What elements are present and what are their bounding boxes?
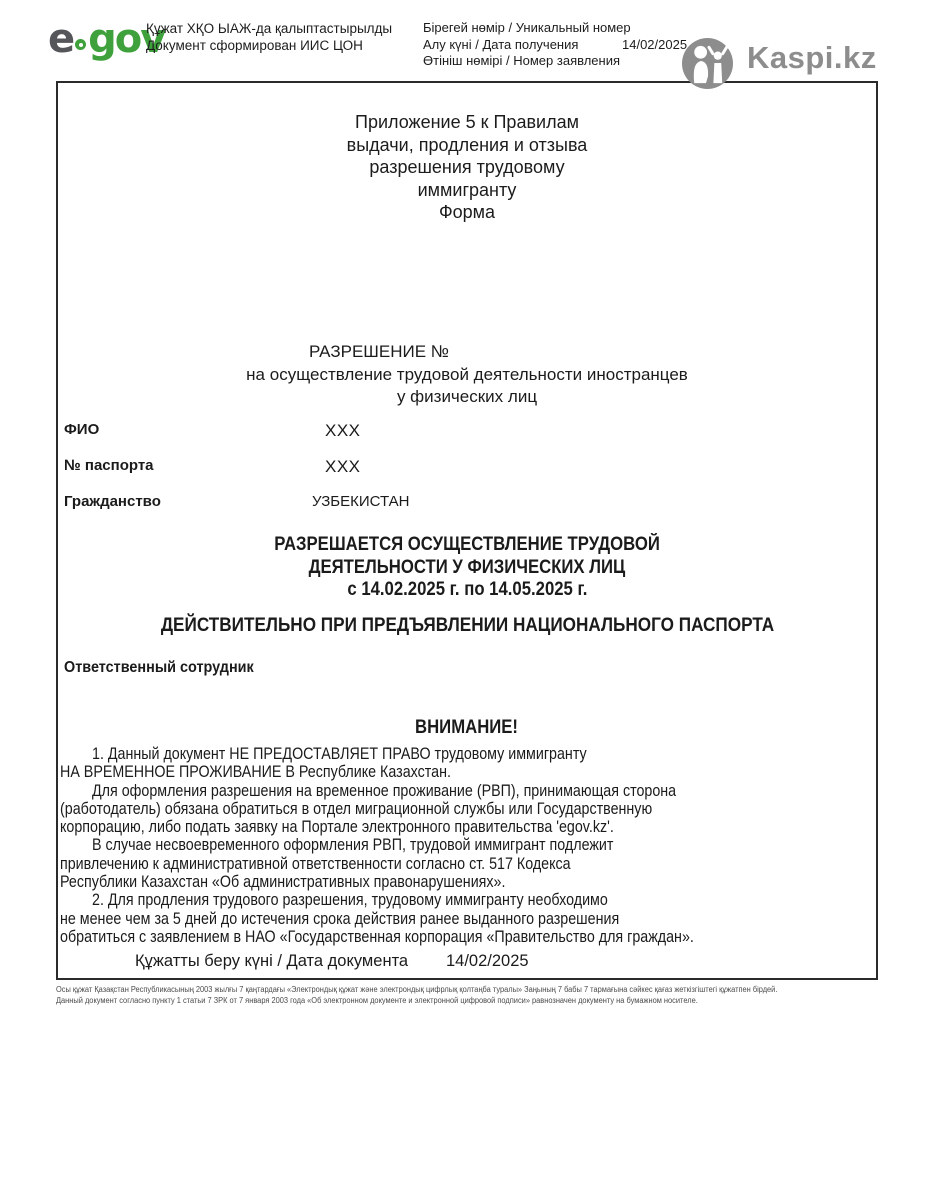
attention-line: 1. Данный документ НЕ ПРЕДОСТАВЛЯЕТ ПРАВ…	[60, 745, 878, 763]
permission-line: РАЗРЕШАЕТСЯ ОСУЩЕСТВЛЕНИЕ ТРУДОВОЙ	[274, 534, 660, 557]
header-origin-line-ru: Документ сформирован ИИС ЦОН	[146, 38, 392, 55]
header-meta-labels: Бірегей нөмір / Уникальный номер Алу күн…	[423, 20, 631, 70]
attention-heading: ВНИМАНИЕ!	[58, 717, 876, 739]
permit-subtitle-line: у физических лиц	[58, 386, 876, 409]
attention-paragraphs: 1. Данный документ НЕ ПРЕДОСТАВЛЯЕТ ПРАВ…	[60, 745, 878, 946]
application-number-label: Өтініш нөмірі / Номер заявления	[423, 53, 631, 70]
attention-line: не менее чем за 5 дней до истечения срок…	[60, 910, 878, 928]
receive-date-label: Алу күні / Дата получения	[423, 37, 631, 54]
appendix-line: Приложение 5 к Правилам	[58, 111, 876, 134]
legal-fine-print: Осы құжат Қазақстан Республикасының 2003…	[56, 984, 832, 1006]
issue-date-label: Құжатты беру күні / Дата документа	[135, 952, 408, 971]
appendix-line: выдачи, продления и отзыва	[58, 134, 876, 157]
permit-number-title: РАЗРЕШЕНИЕ №	[309, 342, 449, 361]
citizenship-value: УЗБЕКИСТАН	[312, 493, 409, 510]
appendix-line: иммигранту	[58, 179, 876, 202]
egov-logo-e: e	[48, 16, 73, 62]
attention-line: (работодатель) обязана обратиться в отде…	[60, 800, 878, 818]
kaspi-logo-icon	[682, 38, 733, 89]
permit-document-box: Приложение 5 к Правилам выдачи, продлени…	[56, 81, 878, 980]
fio-label: ФИО	[64, 421, 99, 438]
fio-value: XXX	[325, 421, 361, 441]
appendix-line: Форма	[58, 201, 876, 224]
permit-title-block: РАЗРЕШЕНИЕ № на осуществление трудовой д…	[58, 341, 876, 409]
appendix-line: разрешения трудовому	[58, 156, 876, 179]
fine-print-line-kz: Осы құжат Қазақстан Республикасының 2003…	[56, 984, 832, 995]
fine-print-line-ru: Данный документ согласно пункту 1 статьи…	[56, 995, 832, 1006]
attention-line: Республики Казахстан «Об административны…	[60, 873, 878, 891]
issue-date-value: 14/02/2025	[446, 952, 529, 971]
permission-period: с 14.02.2025 г. по 14.05.2025 г.	[347, 579, 587, 602]
header-origin-line-kz: Құжат ХҚО ЫАЖ-да қалыптастырылды	[146, 21, 392, 38]
permit-subtitle-line: на осуществление трудовой деятельности и…	[58, 364, 876, 387]
responsible-officer-label: Ответственный сотрудник	[64, 659, 268, 677]
header-origin-lines: Құжат ХҚО ЫАЖ-да қалыптастырылды Докумен…	[146, 21, 392, 54]
received-date-value: 14/02/2025	[622, 37, 687, 52]
document-page: egov Құжат ХҚО ЫАЖ-да қалыптастырылды До…	[0, 0, 934, 1200]
appendix-heading: Приложение 5 к Правилам выдачи, продлени…	[58, 111, 876, 224]
passport-number-label: № паспорта	[64, 457, 154, 474]
field-row-fio: ФИО XXX	[58, 421, 876, 451]
permission-statement: РАЗРЕШАЕТСЯ ОСУЩЕСТВЛЕНИЕ ТРУДОВОЙ ДЕЯТЕ…	[58, 534, 876, 602]
attention-line: Для оформления разрешения на временное п…	[60, 782, 878, 800]
citizenship-label: Гражданство	[64, 493, 161, 510]
attention-line: НА ВРЕМЕННОЕ ПРОЖИВАНИЕ В Республике Каз…	[60, 763, 878, 781]
attention-line: корпорацию, либо подать заявку на Портал…	[60, 818, 878, 836]
attention-line: 2. Для продления трудового разрешения, т…	[60, 891, 878, 909]
attention-line: В случае несвоевременного оформления РВП…	[60, 836, 878, 854]
field-row-citizenship: Гражданство УЗБЕКИСТАН	[58, 493, 876, 523]
validity-statement: ДЕЙСТВИТЕЛЬНО ПРИ ПРЕДЪЯВЛЕНИИ НАЦИОНАЛЬ…	[58, 614, 876, 637]
unique-number-label: Бірегей нөмір / Уникальный номер	[423, 20, 631, 37]
attention-line: привлечению к административной ответстве…	[60, 855, 878, 873]
attention-line: обратиться с заявлением в НАО «Государст…	[60, 928, 878, 946]
permission-line: ДЕЯТЕЛЬНОСТИ У ФИЗИЧЕСКИХ ЛИЦ	[309, 557, 626, 580]
passport-number-value: XXX	[325, 457, 361, 477]
field-row-passport: № паспорта XXX	[58, 457, 876, 487]
kaspi-watermark-text: Kaspi.kz	[747, 40, 877, 76]
egov-logo-dot-icon	[75, 39, 86, 50]
